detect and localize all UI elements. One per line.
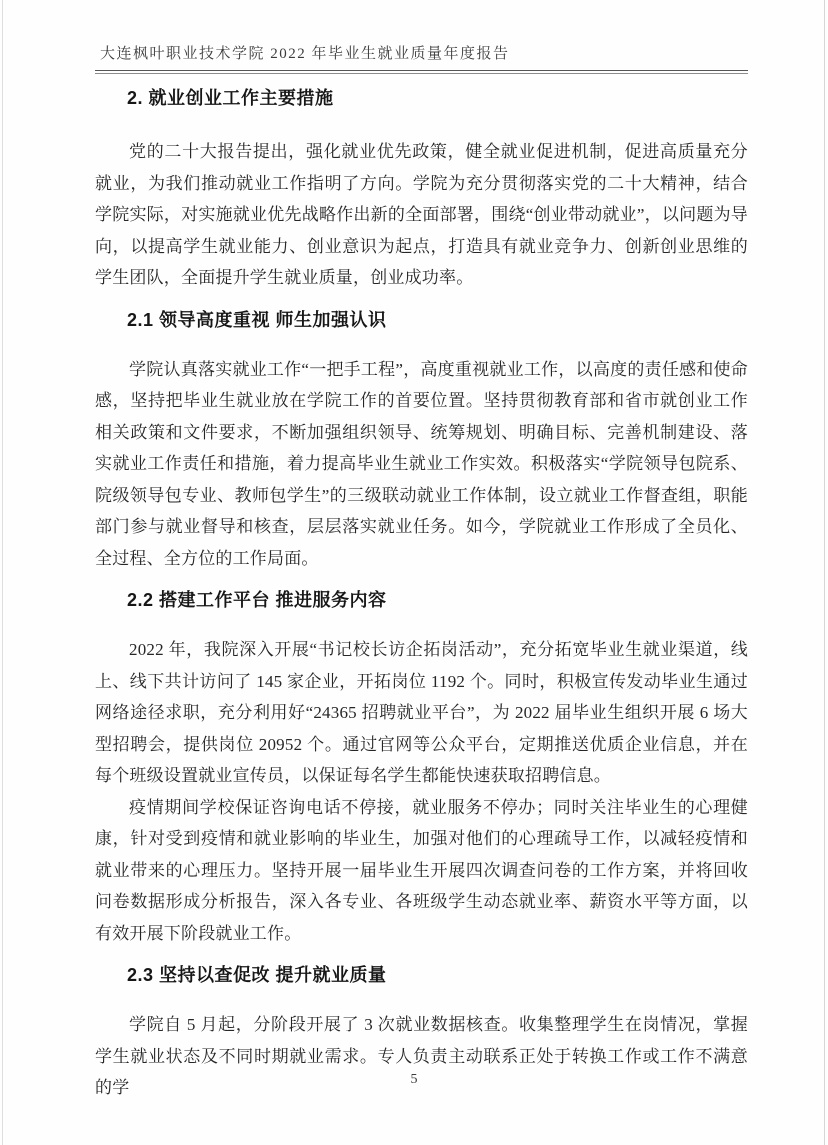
paragraph: 学院认真落实就业工作“一把手工程”，高度重视就业工作，以高度的责任感和使命感，坚…: [95, 354, 748, 575]
paragraph: 学院自 5 月起，分阶段开展了 3 次就业数据核查。收集整理学生在岗情况，掌握学…: [95, 1009, 748, 1104]
page-content: 大连枫叶职业技术学院 2022 年毕业生就业质量年度报告 2. 就业创业工作主要…: [95, 0, 748, 1104]
paragraph: 疫情期间学校保证咨询电话不停接，就业服务不停办；同时关注毕业生的心理健康，针对受…: [95, 792, 748, 950]
section-heading-2-3: 2.3 坚持以查促改 提升就业质量: [95, 963, 748, 987]
document-page: 大连枫叶职业技术学院 2022 年毕业生就业质量年度报告 2. 就业创业工作主要…: [0, 0, 828, 1145]
scan-edge-left: [2, 0, 3, 1145]
paragraph: 2022 年，我院深入开展“书记校长访企拓岗活动”，充分拓宽毕业生就业渠道，线上…: [95, 634, 748, 792]
header-rule: [95, 70, 748, 74]
page-number: 5: [0, 1072, 828, 1088]
scan-edge-right: [824, 0, 825, 1145]
paragraph: 党的二十大报告提出，强化就业优先政策，健全就业促进机制，促进高质量充分就业，为我…: [95, 136, 748, 294]
page-header-title: 大连枫叶职业技术学院 2022 年毕业生就业质量年度报告: [95, 44, 748, 70]
section-heading-2-2: 2.2 搭建工作平台 推进服务内容: [95, 588, 748, 612]
section-heading-2: 2. 就业创业工作主要措施: [95, 86, 748, 110]
section-heading-2-1: 2.1 领导高度重视 师生加强认识: [95, 308, 748, 332]
